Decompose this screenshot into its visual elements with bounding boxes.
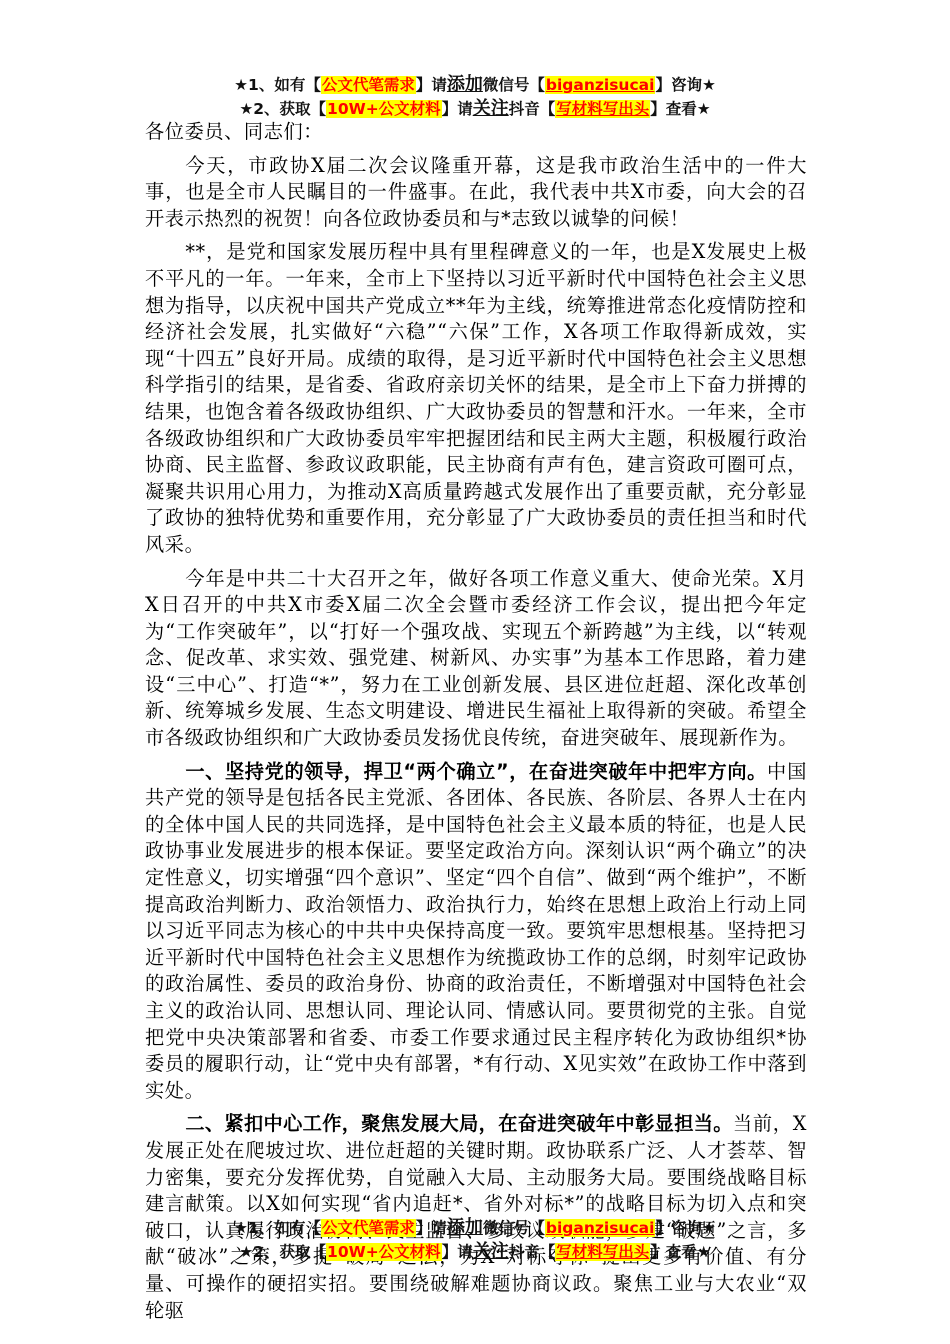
promo-text: 抖音【 bbox=[509, 100, 556, 118]
wechat-id-link[interactable]: biganzisucai bbox=[545, 1219, 656, 1237]
promo-text: ★1、如有【 bbox=[234, 76, 321, 94]
promo-line-2: ★2、获取【10W+公文材料】请关注抖音【写材料写出头】查看★ bbox=[0, 97, 950, 121]
highlight-materials: 10W+公文材料 bbox=[326, 100, 442, 118]
highlight-service: 公文代笔需求 bbox=[321, 76, 416, 94]
paragraph-opening: 今天，市政协X届二次会议隆重开幕，这是我市政治生活中的一件大事，也是全市人民瞩目… bbox=[145, 153, 807, 233]
speech-body: 各位委员、同志们： 今天，市政协X届二次会议隆重开幕，这是我市政治生活中的一件大… bbox=[145, 119, 807, 1331]
section-one-text: 中国共产党的领导是包括各民主党派、各团体、各民族、各阶层、各界人士在内的全体中国… bbox=[145, 760, 807, 1102]
promo-text: 】咨询★ bbox=[655, 76, 715, 94]
promo-line-1: ★1、如有【公文代笔需求】请添加微信号【biganzisucai】咨询★ bbox=[0, 73, 950, 97]
section-one-heading: 一、坚持党的领导，捍卫“两个确立”，在奋进突破年中把牢方向。 bbox=[185, 760, 767, 783]
highlight-materials: 10W+公文材料 bbox=[326, 1243, 442, 1261]
promo-text: 微信号【 bbox=[483, 76, 545, 94]
promo-banner-header: ★1、如有【公文代笔需求】请添加微信号【biganzisucai】咨询★ ★2、… bbox=[0, 73, 950, 121]
promo-text: 】请 bbox=[442, 1243, 473, 1261]
document-page: ★1、如有【公文代笔需求】请添加微信号【biganzisucai】咨询★ ★2、… bbox=[0, 0, 950, 1344]
promo-text: 微信号【 bbox=[483, 1219, 545, 1237]
promo-line-1: ★1、如有【公文代笔需求】请添加微信号【biganzisucai】咨询★ bbox=[0, 1216, 950, 1240]
paragraph-this-year: 今年是中共二十大召开之年，做好各项工作意义重大、使命光荣。X月X日召开的中共X市… bbox=[145, 566, 807, 752]
douyin-account-link[interactable]: 写材料写出头 bbox=[555, 1243, 650, 1261]
promo-text: 】查看★ bbox=[650, 100, 710, 118]
promo-text: ★1、如有【 bbox=[234, 1219, 321, 1237]
emphasis-follow: 关注 bbox=[473, 98, 509, 119]
promo-text: 】请 bbox=[416, 1219, 447, 1237]
highlight-service: 公文代笔需求 bbox=[321, 1219, 416, 1237]
promo-text: 】咨询★ bbox=[655, 1219, 715, 1237]
section-two-heading: 二、紧扣中心工作，聚焦发展大局，在奋进突破年中彰显担当。 bbox=[185, 1112, 733, 1135]
paragraph-review: **，是党和国家发展历程中具有里程碑意义的一年，也是X发展史上极不平凡的一年。一… bbox=[145, 239, 807, 558]
promo-line-2: ★2、获取【10W+公文材料】请关注抖音【写材料写出头】查看★ bbox=[0, 1240, 950, 1264]
douyin-account-link[interactable]: 写材料写出头 bbox=[555, 100, 650, 118]
salutation: 各位委员、同志们： bbox=[145, 119, 807, 146]
promo-text: 】请 bbox=[442, 100, 473, 118]
promo-text: ★2、获取【 bbox=[239, 1243, 326, 1261]
promo-text: 】请 bbox=[416, 76, 447, 94]
promo-text: 抖音【 bbox=[509, 1243, 556, 1261]
promo-text: ★2、获取【 bbox=[239, 100, 326, 118]
wechat-id-link[interactable]: biganzisucai bbox=[545, 76, 656, 94]
emphasis-follow: 关注 bbox=[473, 1241, 509, 1262]
promo-banner-footer: ★1、如有【公文代笔需求】请添加微信号【biganzisucai】咨询★ ★2、… bbox=[0, 1216, 950, 1264]
section-one: 一、坚持党的领导，捍卫“两个确立”，在奋进突破年中把牢方向。中国共产党的领导是包… bbox=[145, 759, 807, 1105]
emphasis-add: 添加 bbox=[447, 74, 483, 95]
emphasis-add: 添加 bbox=[447, 1217, 483, 1238]
promo-text: 】查看★ bbox=[650, 1243, 710, 1261]
